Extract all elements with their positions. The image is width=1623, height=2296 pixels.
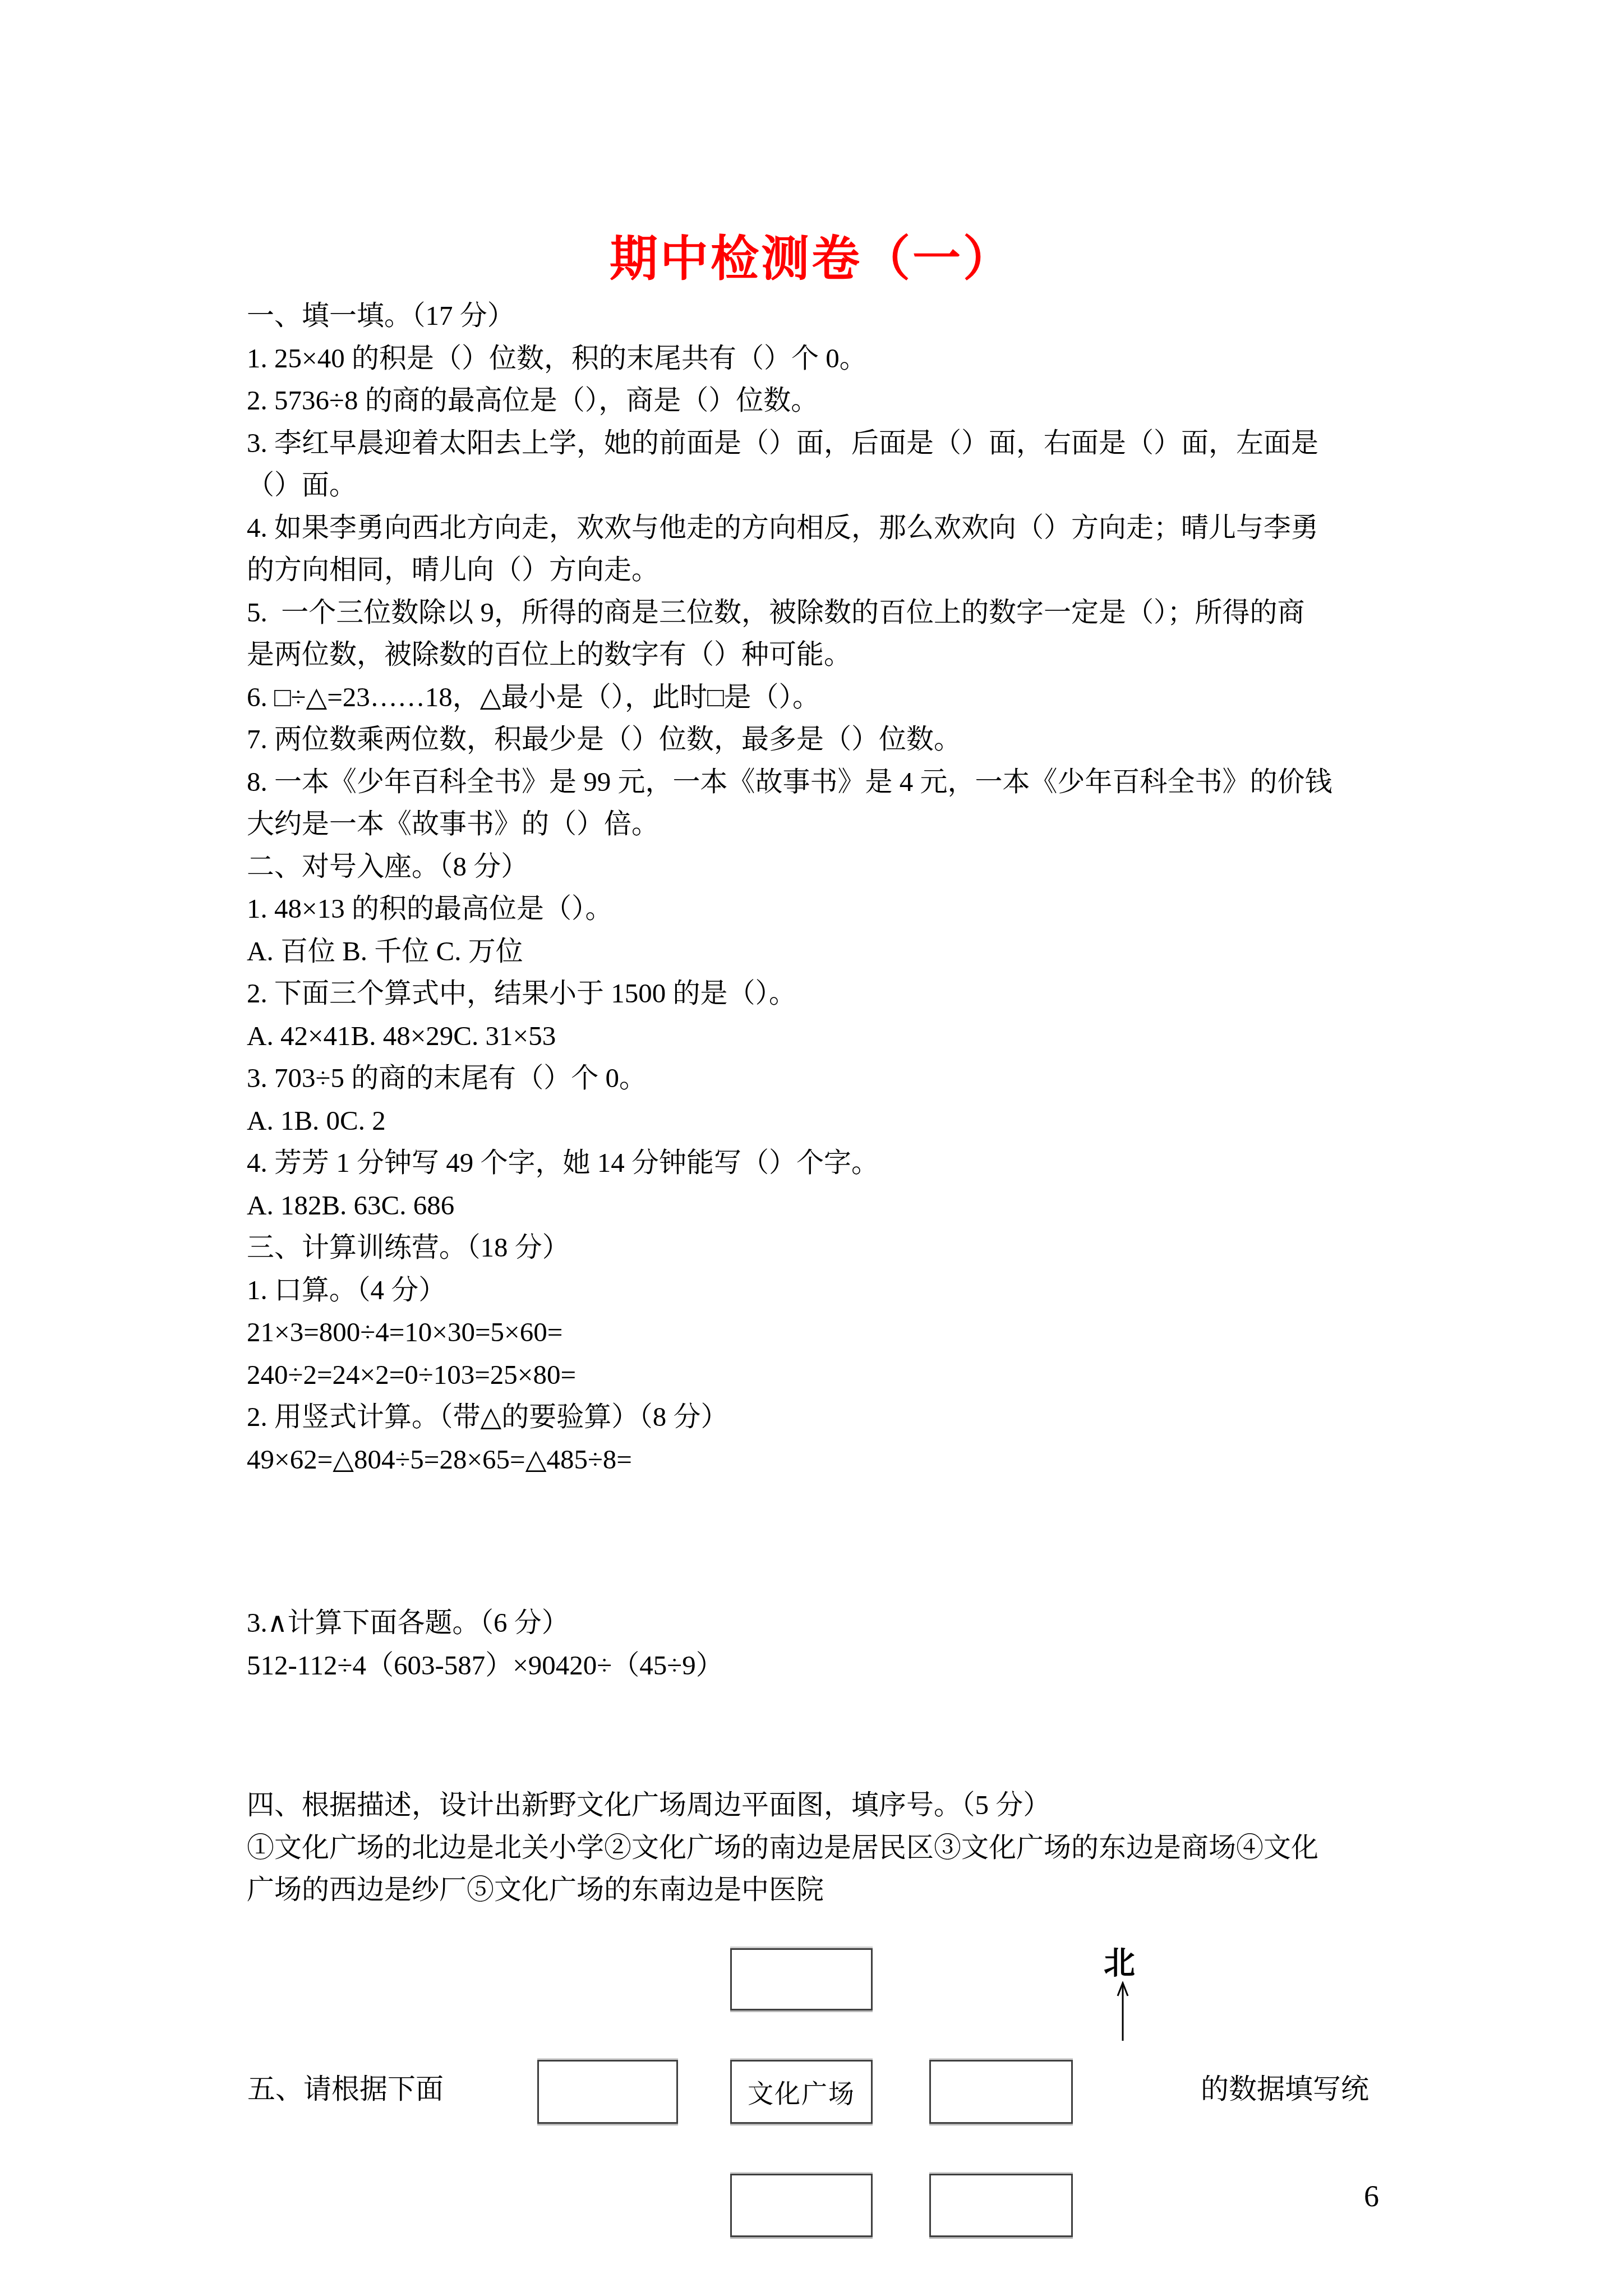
q3-2-header: 2. 用竖式计算。（带△的要验算）（8 分） <box>247 1396 1402 1438</box>
q3-1-header: 1. 口算。（4 分） <box>247 1269 1402 1312</box>
q3-2-problems: 49×62=△804÷5=28×65=△485÷8= <box>247 1438 1402 1481</box>
q3-1-problems-row2: 240÷2=24×2=0÷103=25×80= <box>247 1354 1402 1396</box>
box-west <box>537 2060 678 2124</box>
north-compass-label: 北 <box>1104 1938 1135 1983</box>
worksheet-page: 期中检测卷（一） 一、填一填。（17 分） 1. 25×40 的积是（）位数，积… <box>0 0 1623 2296</box>
worksheet-body: 一、填一填。（17 分） 1. 25×40 的积是（）位数，积的末尾共有（）个 … <box>247 295 1402 1911</box>
box-north <box>730 1948 873 2010</box>
section3-header: 三、计算训练营。（18 分） <box>247 1226 1402 1269</box>
section4-header: 四、根据描述，设计出新野文化广场周边平面图，填序号。（5 分） <box>247 1784 1402 1826</box>
north-arrow-icon <box>1113 1981 1133 2046</box>
q2-3: 3. 703÷5 的商的末尾有（）个 0。 <box>247 1057 1402 1099</box>
box-center-plaza: 文化广场 <box>730 2060 873 2124</box>
box-south <box>730 2174 873 2237</box>
q1-2: 2. 5736÷8 的商的最高位是（），商是（）位数。 <box>247 379 1402 422</box>
section1-header: 一、填一填。（17 分） <box>247 295 1402 337</box>
q1-1: 1. 25×40 的积是（）位数，积的末尾共有（）个 0。 <box>247 337 1402 380</box>
q4-clues-line1: ①文化广场的北边是北关小学②文化广场的南边是居民区③文化广场的东边是商场④文化 <box>247 1826 1402 1869</box>
page-number: 6 <box>1364 2179 1379 2214</box>
q2-4: 4. 芳芳 1 分钟写 49 个字，她 14 分钟能写（）个字。 <box>247 1142 1402 1184</box>
plaza-label: 文化广场 <box>732 2062 871 2122</box>
box-east <box>929 2060 1073 2124</box>
box-southeast <box>929 2174 1073 2237</box>
q2-4-options: A. 182B. 63C. 686 <box>247 1184 1402 1227</box>
q3-3-header: 3.∧计算下面各题。（6 分） <box>247 1602 1402 1644</box>
q2-3-options: A. 1B. 0C. 2 <box>247 1099 1402 1142</box>
q2-1-options: A. 百位 B. 千位 C. 万位 <box>247 930 1402 973</box>
q1-8-line1: 8. 一本《少年百科全书》是 99 元，一本《故事书》是 4 元，一本《少年百科… <box>247 761 1402 803</box>
q1-8-line2: 大约是一本《故事书》的（）倍。 <box>247 803 1402 845</box>
q2-1: 1. 48×13 的积的最高位是（）。 <box>247 887 1402 930</box>
q4-clues-line2: 广场的西边是纱厂⑤文化广场的东南边是中医院 <box>247 1869 1402 1911</box>
q1-6: 6. □÷△=23……18，△最小是（），此时□是（）。 <box>247 676 1402 719</box>
q1-3-line1: 3. 李红早晨迎着太阳去上学，她的前面是（）面，后面是（）面，右面是（）面，左面… <box>247 422 1402 464</box>
q1-5-line2: 是两位数，被除数的百位上的数字有（）种可能。 <box>247 633 1402 676</box>
q3-3-problems: 512-112÷4（603-587）×90420÷（45÷9） <box>247 1644 1402 1687</box>
section5-suffix-text: 的数据填写统 <box>1201 2068 1369 2110</box>
q1-5-line1: 5. 一个三位数除以 9，所得的商是三位数，被除数的百位上的数字一定是（）；所得… <box>247 591 1402 634</box>
q1-4-line2: 的方向相同，晴儿向（）方向走。 <box>247 549 1402 591</box>
q1-7: 7. 两位数乘两位数，积最少是（）位数，最多是（）位数。 <box>247 718 1402 761</box>
q2-2: 2. 下面三个算式中，结果小于 1500 的是（）。 <box>247 972 1402 1015</box>
q1-3-line2: （）面。 <box>247 464 1402 507</box>
page-title: 期中检测卷（一） <box>0 220 1623 289</box>
section2-header: 二、对号入座。（8 分） <box>247 845 1402 888</box>
q3-1-problems-row1: 21×3=800÷4=10×30=5×60= <box>247 1311 1402 1354</box>
q1-4-line1: 4. 如果李勇向西北方向走，欢欢与他走的方向相反，那么欢欢向（）方向走；晴儿与李… <box>247 507 1402 549</box>
section5-prefix-text: 五、请根据下面 <box>247 2068 444 2110</box>
q2-2-options: A. 42×41B. 48×29C. 31×53 <box>247 1015 1402 1057</box>
